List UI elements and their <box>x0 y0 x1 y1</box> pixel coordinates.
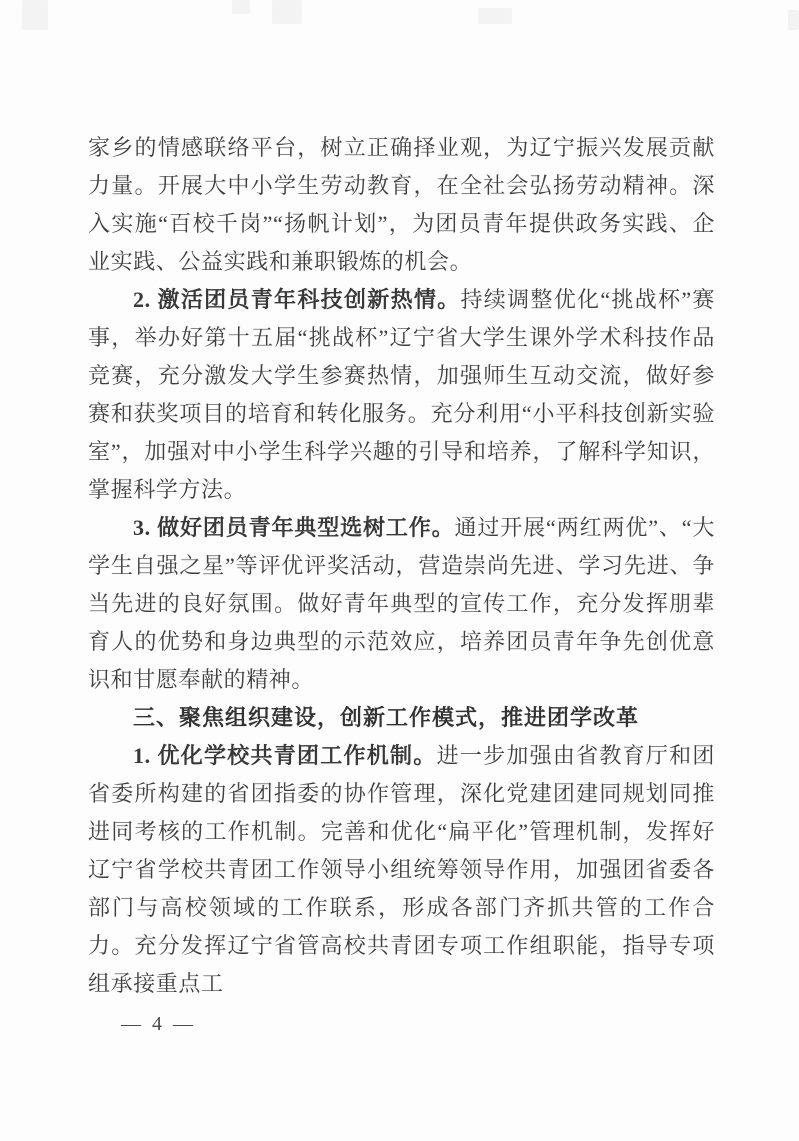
scan-smudge <box>232 0 250 14</box>
paragraph-continuation: 家乡的情感联络平台，树立正确择业观，为辽宁振兴发展贡献力量。开展大中小学生劳动教… <box>88 129 715 281</box>
scan-smudge <box>788 10 799 30</box>
document-body: 家乡的情感联络平台，树立正确择业观，为辽宁振兴发展贡献力量。开展大中小学生劳动教… <box>88 129 715 1003</box>
section-heading: 三、聚焦组织建设，创新工作模式，推进团学改革 <box>88 699 715 737</box>
paragraph-text: 通过开展“两红两优”、“大学生自强之星”等评优评奖活动，营造崇尚先进、学习先进、… <box>88 515 715 692</box>
scan-smudge <box>272 0 302 24</box>
paragraph-item-3: 3. 做好团员青年典型选树工作。通过开展“两红两优”、“大学生自强之星”等评优评… <box>88 509 715 699</box>
paragraph-text: 进一步加强由省教育厅和团省委所构建的省团指委的协作管理，深化党建团建同规划同推进… <box>88 743 715 996</box>
paragraph-text: 家乡的情感联络平台，树立正确择业观，为辽宁振兴发展贡献力量。开展大中小学生劳动教… <box>88 135 715 274</box>
scan-smudge <box>478 8 512 24</box>
page-number: — 4 — <box>121 1013 196 1036</box>
paragraph-item-2: 2. 激活团员青年科技创新热情。持续调整优化“挑战杯”赛事，举办好第十五届“挑战… <box>88 281 715 509</box>
scan-smudge <box>22 0 48 30</box>
paragraph-lead: 1. 优化学校共青团工作机制。 <box>133 743 437 768</box>
paragraph-lead: 2. 激活团员青年科技创新热情。 <box>133 287 461 312</box>
paragraph-text: 持续调整优化“挑战杯”赛事，举办好第十五届“挑战杯”辽宁省大学生课外学术科技作品… <box>88 287 715 502</box>
document-page: 家乡的情感联络平台，树立正确择业观，为辽宁振兴发展贡献力量。开展大中小学生劳动教… <box>0 0 799 1141</box>
paragraph-lead: 3. 做好团员青年典型选树工作。 <box>133 515 455 540</box>
paragraph-item-1-section3: 1. 优化学校共青团工作机制。进一步加强由省教育厅和团省委所构建的省团指委的协作… <box>88 737 715 1003</box>
